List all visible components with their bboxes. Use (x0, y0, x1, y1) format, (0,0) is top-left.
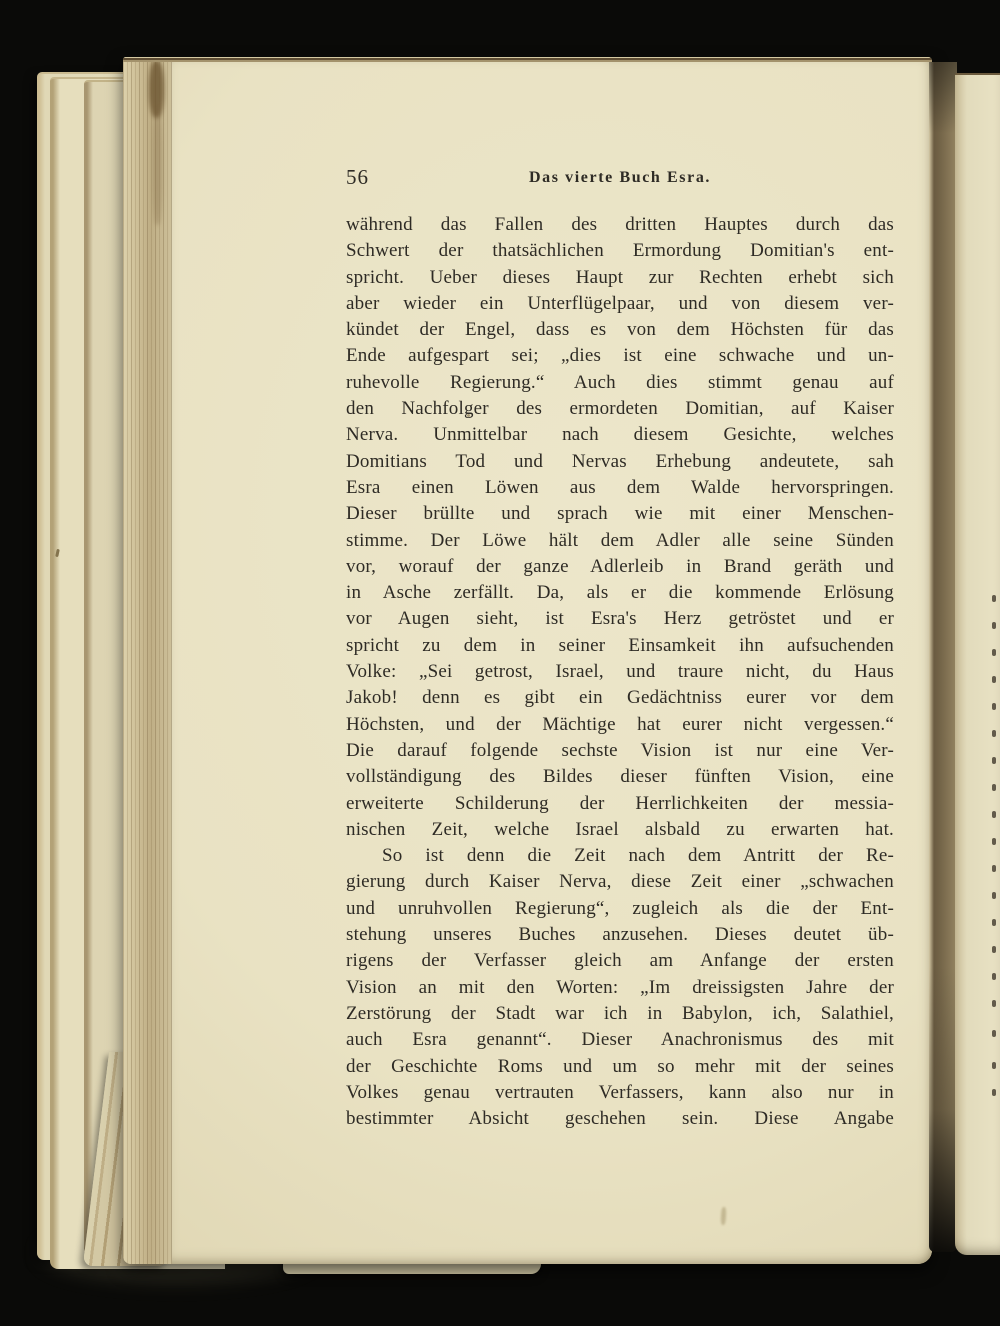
facing-page-glyph-fragment (992, 703, 996, 710)
text-line: vor, worauf der ganze Adlerleib in Brand… (346, 554, 894, 580)
text-line: Dieser brüllte und sprach wie mit einer … (346, 501, 894, 527)
text-line: gierung durch Kaiser Nerva, diese Zeit e… (346, 869, 894, 895)
facing-page-edge (955, 73, 1000, 1255)
text-line: aber wieder ein Unterflügelpaar, und von… (346, 291, 894, 317)
edge-stain (153, 105, 162, 225)
text-line: auch Esra genannt“. Dieser Anachronismus… (346, 1027, 894, 1053)
text-line: nischen Zeit, welche Israel alsbald zu e… (346, 817, 894, 843)
text-line: Ende aufgespart sei; „dies ist eine schw… (346, 343, 894, 369)
text-line: während das Fallen des dritten Hauptes d… (346, 212, 894, 238)
facing-page-glyph-fragment (992, 892, 996, 899)
facing-page-glyph-fragment (992, 865, 996, 872)
text-line: bestimmter Absicht geschehen sein. Diese… (346, 1106, 894, 1132)
text-line: der Geschichte Roms und um so mehr mit d… (346, 1054, 894, 1080)
paper-smudge (721, 1207, 727, 1225)
text-line: und unruhvollen Regierung“, zugleich als… (346, 896, 894, 922)
facing-page-glyph-fragment (992, 676, 996, 683)
text-line: So ist denn die Zeit nach dem Antritt de… (346, 843, 894, 869)
facing-page-glyph-fragment (992, 595, 996, 602)
facing-page-glyph-fragment (992, 757, 996, 764)
book-page: 56 Das vierte Buch Esra. während das Fal… (123, 57, 932, 1264)
text-line: stimme. Der Löwe hält dem Adler alle sei… (346, 528, 894, 554)
facing-page-glyph-fragment (992, 973, 996, 980)
text-line: Nerva. Unmittelbar nach diesem Gesichte,… (346, 422, 894, 448)
text-line: Jakob! denn es gibt ein Gedächtniss eure… (346, 685, 894, 711)
text-line: stehung unseres Buches anzusehen. Dieses… (346, 922, 894, 948)
text-line: vor Augen sieht, ist Esra's Herz getröst… (346, 606, 894, 632)
text-line: Vision an mit den Worten: „Im dreissigst… (346, 975, 894, 1001)
text-line: in Asche zerfällt. Da, als er die kommen… (346, 580, 894, 606)
facing-page-glyph-fragment (992, 919, 996, 926)
text-line: spricht zu dem in seiner Einsamkeit ihn … (346, 633, 894, 659)
paper-speck (467, 414, 470, 417)
text-line: den Nachfolger des ermordeten Domitian, … (346, 396, 894, 422)
facing-page-glyph-fragment (992, 649, 996, 656)
text-line: vollständigung des Bildes dieser fünften… (346, 764, 894, 790)
facing-page-glyph-fragment (992, 838, 996, 845)
text-line: Die darauf folgende sechste Vision ist n… (346, 738, 894, 764)
page-gutter-shadow (929, 62, 957, 1252)
text-line: Zerstörung der Stadt war ich in Babylon,… (346, 1001, 894, 1027)
text-line: Domitians Tod und Nervas Erhebung andeut… (346, 449, 894, 475)
book-scan: 56 Das vierte Buch Esra. während das Fal… (0, 0, 1000, 1326)
text-block: während das Fallen des dritten Hauptes d… (346, 212, 894, 1132)
page-surface: 56 Das vierte Buch Esra. während das Fal… (171, 61, 932, 1264)
text-line: Esra einen Löwen aus dem Walde hervorspr… (346, 475, 894, 501)
facing-page-glyph-fragment (992, 730, 996, 737)
text-line: spricht. Ueber dieses Haupt zur Rechten … (346, 265, 894, 291)
facing-page-glyph-fragment (992, 811, 996, 818)
text-line: rigens der Verfasser gleich am Anfange d… (346, 948, 894, 974)
text-line: Höchsten, und der Mächtige hat eurer nic… (346, 712, 894, 738)
fore-edge-stack (123, 57, 173, 1264)
text-line: Volke: „Sei getrost, Israel, und traure … (346, 659, 894, 685)
facing-page-glyph-fragment (992, 1089, 996, 1096)
facing-page-glyph-fragment (992, 946, 996, 953)
facing-page-glyph-fragment (992, 1062, 996, 1069)
text-line: erweiterte Schilderung der Herrlichkeite… (346, 791, 894, 817)
facing-page-glyph-fragment (992, 622, 996, 629)
running-title: Das vierte Buch Esra. (346, 163, 894, 193)
page-top-edge (123, 57, 932, 62)
facing-page-glyph-fragment (992, 1030, 996, 1037)
text-line: Volkes genau vertrauten Verfassers, kann… (346, 1080, 894, 1106)
text-line: Schwert der thatsächlichen Ermordung Dom… (346, 238, 894, 264)
facing-page-glyph-fragment (992, 1000, 996, 1007)
facing-page-glyph-fragment (992, 784, 996, 791)
page-header: 56 Das vierte Buch Esra. (346, 163, 894, 191)
text-line: ruhevolle Regierung.“ Auch dies stimmt g… (346, 370, 894, 396)
text-line: kündet der Engel, dass es von dem Höchst… (346, 317, 894, 343)
